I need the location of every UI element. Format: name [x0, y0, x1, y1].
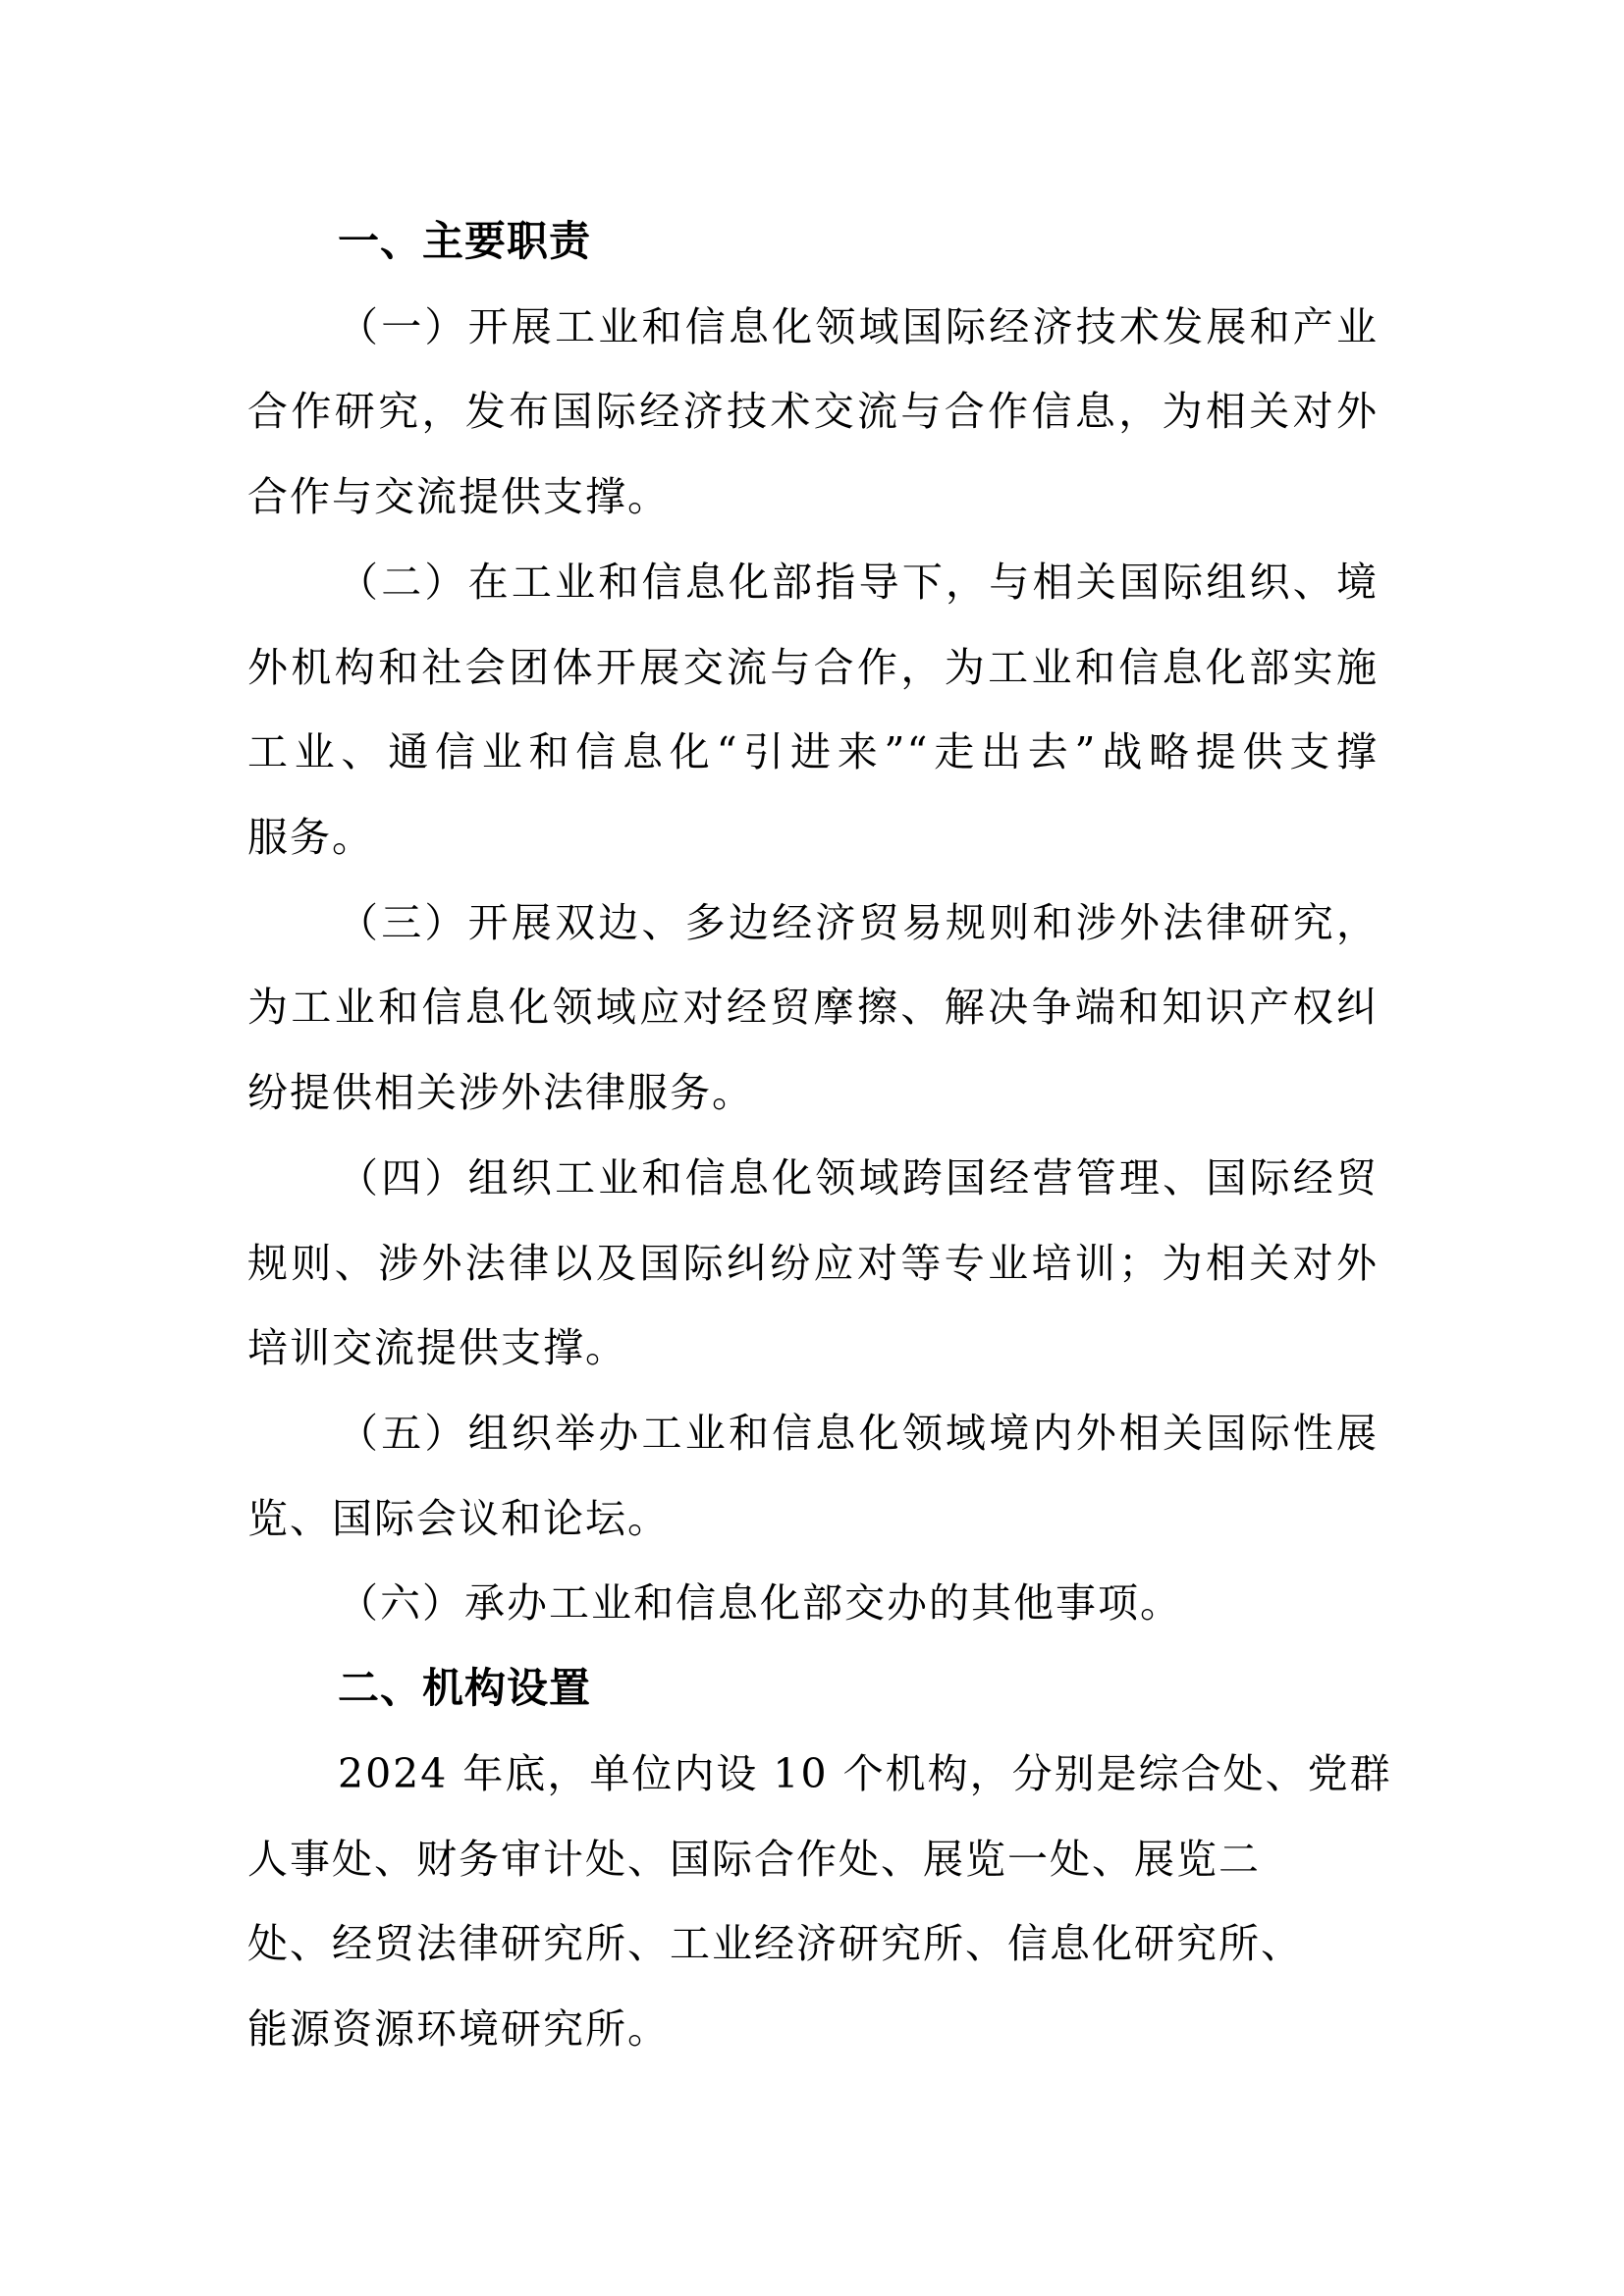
- duty-3-line-1: （三）开展双边、多边经济贸易规则和涉外法律研究，: [338, 893, 1379, 952]
- duty-2-line-2: 外机构和社会团体开展交流与合作，为工业和信息化部实施: [247, 638, 1379, 697]
- duty-3-line-2: 为工业和信息化领域应对经贸摩擦、解决争端和知识产权纠: [247, 978, 1379, 1037]
- organization-line-3: 处、经贸法律研究所、工业经济研究所、信息化研究所、: [247, 1914, 1379, 1973]
- duty-4-line-1: （四）组织工业和信息化领域跨国经营管理、国际经贸: [338, 1148, 1379, 1207]
- duty-4-line-2: 规则、涉外法律以及国际纠纷应对等专业培训；为相关对外: [247, 1234, 1379, 1293]
- duty-1-line-2: 合作研究，发布国际经济技术交流与合作信息，为相关对外: [247, 382, 1379, 441]
- document-page: 一、主要职责 （一）开展工业和信息化领域国际经济技术发展和产业 合作研究，发布国…: [0, 0, 1624, 2296]
- duty-2-line-3: 工业、通信业和信息化“引进来”“走出去”战略提供支撑: [247, 722, 1379, 781]
- duty-2-line-4: 服务。: [247, 808, 1379, 867]
- duty-3-line-3: 纷提供相关涉外法律服务。: [247, 1063, 1379, 1122]
- duty-1-line-3: 合作与交流提供支撑。: [247, 467, 1379, 526]
- organization-line-1: 2024 年底，单位内设 10 个机构，分别是综合处、党群: [338, 1744, 1379, 1803]
- duty-6-line-1: （六）承办工业和信息化部交办的其他事项。: [338, 1574, 1379, 1632]
- section-heading-organization: 二、机构设置: [338, 1659, 1379, 1718]
- duty-2-line-1: （二）在工业和信息化部指导下，与相关国际组织、境: [338, 553, 1379, 612]
- duty-4-line-3: 培训交流提供支撑。: [247, 1318, 1379, 1377]
- organization-line-4: 能源资源环境研究所。: [247, 2000, 1379, 2058]
- duty-1-line-1: （一）开展工业和信息化领域国际经济技术发展和产业: [338, 297, 1379, 356]
- organization-line-2: 人事处、财务审计处、国际合作处、展览一处、展览二: [247, 1830, 1379, 1889]
- duty-5-line-2: 览、国际会议和论坛。: [247, 1489, 1379, 1548]
- duty-5-line-1: （五）组织举办工业和信息化领域境内外相关国际性展: [338, 1404, 1379, 1463]
- section-heading-main-duties: 一、主要职责: [338, 212, 1379, 271]
